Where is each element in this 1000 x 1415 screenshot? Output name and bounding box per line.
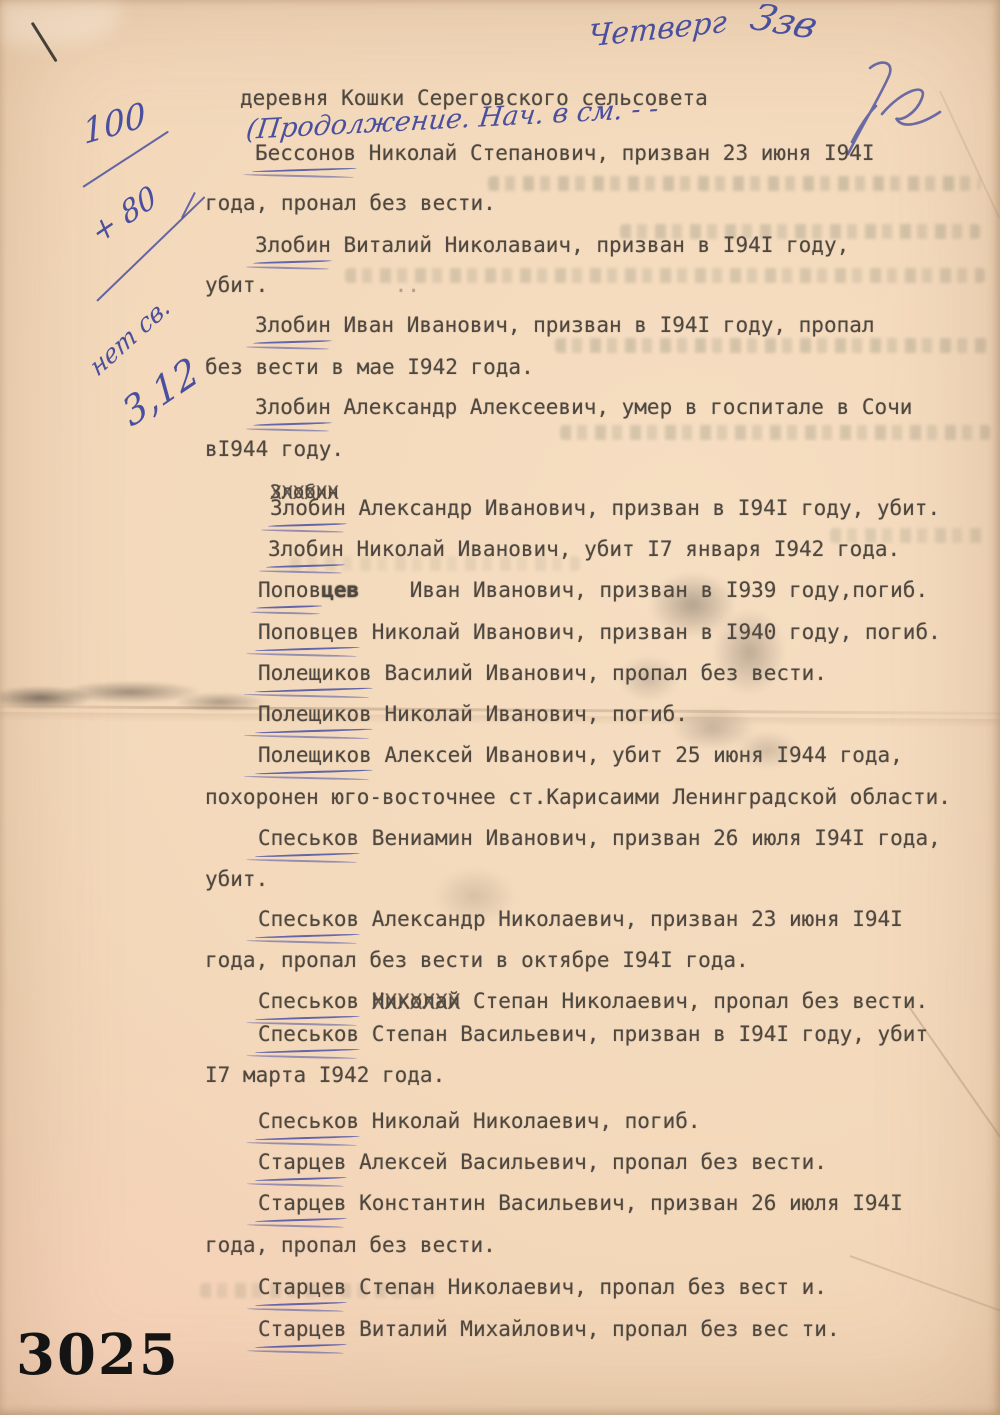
typed-line: Злобин Виталий Николаваич, призван в I94…: [255, 232, 849, 258]
typed-text: Александр Николаевич, призван 23 июня I9…: [359, 907, 903, 931]
typed-text: Виталий Николаваич, призван в I94I году,: [331, 233, 849, 257]
typed-line: вI944 году.: [205, 436, 344, 462]
typed-text: [359, 989, 372, 1013]
typed-line: Старцев Алексей Васильевич, пропал без в…: [258, 1149, 827, 1175]
surname-underlined: Злобин: [268, 536, 344, 562]
typed-text: года, пропал без вести в октябре I94I го…: [205, 948, 749, 972]
margin-number-100: 100: [81, 95, 148, 153]
typed-text: Василий Иванович, пропал без вести.: [372, 661, 827, 685]
surname-underlined: Спеськов: [258, 988, 359, 1014]
typed-line: Старцев Степан Николаевич, пропал без ве…: [258, 1274, 827, 1300]
surname-underlined: Спеськов: [258, 825, 359, 851]
typed-text: года, пронал без вести.: [205, 191, 496, 215]
bleedthrough-line: [560, 425, 990, 440]
typed-line: Спеськов Николай Николаевич, погиб.: [258, 1108, 701, 1134]
typed-line: Старцев Константин Васильевич, призван 2…: [258, 1190, 903, 1216]
typed-text: похоронен юго-восточнее ст.Карисаими Лен…: [205, 785, 951, 809]
typed-text: Алексей Васильевич, пропал без вести.: [347, 1150, 827, 1174]
typed-text: Иван Иванович, призван в I939 году,погиб…: [359, 578, 928, 602]
typed-text: Виталий Михайлович, пропал без вес ти.: [347, 1317, 840, 1341]
typed-text: Николай Степанович, призван 23 июня I94I: [356, 141, 874, 165]
typed-text: Степан Николаевич, пропал без вести.: [460, 989, 928, 1013]
corner-crease: [850, 1255, 1000, 1318]
handwritten-top-scribble: Ззв: [745, 0, 825, 47]
handwritten-top-word: Четверг: [587, 5, 728, 55]
typed-line: Поповцев Николай Иванович, призван в I94…: [258, 619, 941, 645]
typed-line: Старцев Виталий Михайлович, пропал без в…: [258, 1316, 840, 1342]
typed-text: Константин Васильевич, призван 26 июля I…: [347, 1191, 903, 1215]
typed-line: Полещиков Алексей Иванович, убит 25 июня…: [258, 742, 903, 768]
overstruck-word-overlay: ХХХХХХХ: [372, 989, 461, 1015]
typed-text: Степан Васильевич, призван в I94I году, …: [359, 1022, 928, 1046]
surname-underlined: Спеськов: [258, 1108, 359, 1134]
typed-text: Степан Николаевич, пропал без вест и.: [347, 1275, 827, 1299]
surname-underlined: Злобин: [255, 312, 331, 338]
margin-number-312: 3,12: [115, 348, 205, 435]
typed-text: Николай Иванович, погиб.: [372, 702, 688, 726]
typed-line: I7 марта I942 года.: [205, 1062, 445, 1088]
typed-text: Вениамин Иванович, призван 26 июля I94I …: [359, 826, 941, 850]
bleedthrough-line: [345, 268, 985, 283]
surname-underlined: Поповцев: [258, 619, 359, 645]
surname-underlined: Старцев: [258, 1149, 347, 1175]
typed-line: Спеськов Александр Николаевич, призван 2…: [258, 906, 903, 932]
surname-underlined: Старцев: [258, 1274, 347, 1300]
surname-underlined: Спеськов: [258, 1021, 359, 1047]
ink-smudge-left-edge: [0, 666, 290, 724]
surname-underlined: Попов: [258, 577, 321, 603]
typed-text: I7 марта I942 года.: [205, 1063, 445, 1087]
typed-line: года, пропал без вести в октябре I94I го…: [205, 947, 749, 973]
surname-overtyped-part: цев: [321, 578, 359, 602]
typed-line: убит. ..: [205, 272, 420, 298]
typed-line: Полещиков Николай Иванович, погиб.: [258, 701, 688, 727]
surname-underlined: Бессонов: [255, 140, 356, 166]
surname-underlined: Спеськов: [258, 906, 359, 932]
typed-line: Злобин Александр Алексеевич, умер в госп…: [255, 394, 912, 420]
overstruck-word: НиколайХХХХХХХ: [372, 988, 461, 1014]
typed-text: без вести в мае I942 года.: [205, 355, 534, 379]
bleedthrough-line: [488, 176, 980, 191]
typed-line: Бессонов Николай Степанович, призван 23 …: [255, 140, 875, 166]
typed-text: Николай Иванович, убит I7 января I942 го…: [344, 537, 900, 561]
surname-underlined: Полещиков: [258, 660, 372, 686]
surname-underlined: Злобин: [255, 394, 331, 420]
faint-typed-mark: ..: [268, 273, 420, 297]
typed-text: Александр Алексеевич, умер в госпитале в…: [331, 395, 913, 419]
surname-underlined: Злобин: [270, 495, 346, 521]
surname-underlined: Полещиков: [258, 742, 372, 768]
typed-text: вI944 году.: [205, 437, 344, 461]
typed-line: Поповцев Иван Иванович, призван в I939 г…: [258, 577, 928, 603]
margin-number-plus80: + 80: [87, 179, 162, 252]
surname-underlined: Старцев: [258, 1190, 347, 1216]
typed-line: Злобин Александр Иванович, призван в I94…: [270, 495, 940, 521]
typed-text: Николай Николаевич, погиб.: [359, 1109, 700, 1133]
typed-line: без вести в мае I942 года.: [205, 354, 534, 380]
typed-line: Спеськов НиколайХХХХХХХ Степан Николаеви…: [258, 988, 928, 1014]
typed-line: года, пропал без вести.: [205, 1232, 496, 1258]
typed-text: Алексей Иванович, убит 25 июня I944 года…: [372, 743, 903, 767]
typed-text: Иван Иванович, призван в I94I году, проп…: [331, 313, 875, 337]
typed-text: Александр Иванович, призван в I94I году,…: [346, 496, 940, 520]
bleedthrough-line: [555, 338, 990, 353]
surname-underlined: Полещиков: [258, 701, 372, 727]
typed-line: Злобин Иван Иванович, призван в I94I год…: [255, 312, 875, 338]
typed-line: Спеськов Вениамин Иванович, призван 26 и…: [258, 825, 941, 851]
typed-text: Николай Иванович, призван в I940 году, п…: [359, 620, 941, 644]
page-number-stamp: 3025: [16, 1322, 180, 1388]
typed-text: года, пропал без вести.: [205, 1233, 496, 1257]
typed-line: убит.: [205, 866, 268, 892]
surname-underlined: Старцев: [258, 1316, 347, 1342]
scan-corner-highlight: [0, 0, 120, 46]
typed-line: похоронен юго-восточнее ст.Карисаими Лен…: [205, 784, 951, 810]
scanned-document-page: Четверг Ззв 100 + 80 нет св. 3,12 деревн…: [0, 0, 1000, 1415]
typed-text: убит.: [205, 273, 268, 297]
typed-line: Злобин Николай Иванович, убит I7 января …: [268, 536, 900, 562]
typed-line: Спеськов Степан Васильевич, призван в I9…: [258, 1021, 928, 1047]
typed-line: года, пронал без вести.: [205, 190, 496, 216]
typed-text: убит.: [205, 867, 268, 891]
surname-underlined: Злобин: [255, 232, 331, 258]
typed-line: Полещиков Василий Иванович, пропал без в…: [258, 660, 827, 686]
